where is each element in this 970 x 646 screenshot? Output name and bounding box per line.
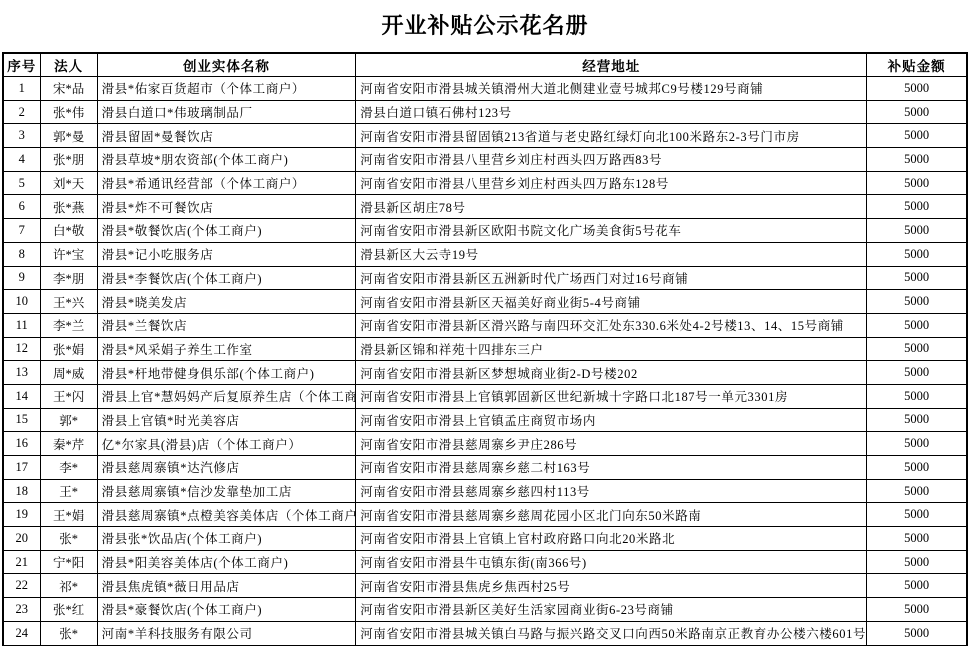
row-number-cell: 7 (3, 219, 40, 243)
address-cell: 河南省安阳市滑县慈周寨乡慈二村163号 (356, 456, 867, 480)
col-header-amount: 补贴金额 (867, 53, 967, 77)
col-header-entity-name: 创业实体名称 (97, 53, 356, 77)
table-row: 23张*红滑县*豪餐饮店(个体工商户)河南省安阳市滑县新区美好生活家园商业街6-… (3, 598, 967, 622)
table-row: 19王*娟滑县慈周寨镇*点橙美容美体店（个体工商户）河南省安阳市滑县慈周寨乡慈周… (3, 503, 967, 527)
legal-person-cell: 王*闪 (40, 384, 97, 408)
legal-person-cell: 张*娟 (40, 337, 97, 361)
row-number-cell: 2 (3, 100, 40, 124)
row-number-cell: 16 (3, 432, 40, 456)
legal-person-cell: 王*娟 (40, 503, 97, 527)
address-cell: 河南省安阳市滑县上官镇孟庄商贸市场内 (356, 408, 867, 432)
entity-name-cell: 滑县留固*曼餐饮店 (97, 124, 356, 148)
row-number-cell: 4 (3, 148, 40, 172)
table-row: 12张*娟滑县*风采娟子养生工作室滑县新区锦和祥苑十四排东三户5000 (3, 337, 967, 361)
entity-name-cell: 滑县*李餐饮店(个体工商户) (97, 266, 356, 290)
amount-cell: 5000 (867, 100, 967, 124)
address-cell: 河南省安阳市滑县上官镇郭固新区世纪新城十字路口北187号一单元3301房 (356, 384, 867, 408)
row-number-cell: 19 (3, 503, 40, 527)
amount-cell: 5000 (867, 456, 967, 480)
address-cell: 河南省安阳市滑县新区美好生活家园商业街6-23号商铺 (356, 598, 867, 622)
row-number-cell: 18 (3, 479, 40, 503)
entity-name-cell: 滑县*佑家百货超市（个体工商户） (97, 77, 356, 101)
legal-person-cell: 周*威 (40, 361, 97, 385)
table-row: 18王*滑县慈周寨镇*信沙发靠垫加工店河南省安阳市滑县慈周寨乡慈四村113号50… (3, 479, 967, 503)
entity-name-cell: 滑县白道口*伟玻璃制品厂 (97, 100, 356, 124)
address-cell: 滑县白道口镇石佛村123号 (356, 100, 867, 124)
legal-person-cell: 王*兴 (40, 290, 97, 314)
legal-person-cell: 宁*阳 (40, 550, 97, 574)
amount-cell: 5000 (867, 432, 967, 456)
row-number-cell: 15 (3, 408, 40, 432)
row-number-cell: 5 (3, 171, 40, 195)
amount-cell: 5000 (867, 124, 967, 148)
entity-name-cell: 滑县慈周寨镇*达汽修店 (97, 456, 356, 480)
legal-person-cell: 张* (40, 527, 97, 551)
table-row: 2张*伟滑县白道口*伟玻璃制品厂滑县白道口镇石佛村123号5000 (3, 100, 967, 124)
entity-name-cell: 滑县*杆地带健身俱乐部(个体工商户) (97, 361, 356, 385)
entity-name-cell: 滑县焦虎镇*薇日用品店 (97, 574, 356, 598)
table-row: 13周*威滑县*杆地带健身俱乐部(个体工商户)河南省安阳市滑县新区梦想城商业街2… (3, 361, 967, 385)
address-cell: 河南省安阳市滑县新区五洲新时代广场西门对过16号商铺 (356, 266, 867, 290)
row-number-cell: 20 (3, 527, 40, 551)
amount-cell: 5000 (867, 408, 967, 432)
address-cell: 河南省安阳市滑县新区欧阳书院文化广场美食街5号花车 (356, 219, 867, 243)
entity-name-cell: 滑县*兰餐饮店 (97, 313, 356, 337)
row-number-cell: 8 (3, 242, 40, 266)
amount-cell: 5000 (867, 219, 967, 243)
entity-name-cell: 滑县*炸不可餐饮店 (97, 195, 356, 219)
table-row: 5刘*天滑县*希通讯经营部（个体工商户）河南省安阳市滑县八里营乡刘庄村西头四万路… (3, 171, 967, 195)
amount-cell: 5000 (867, 550, 967, 574)
amount-cell: 5000 (867, 77, 967, 101)
legal-person-cell: 李* (40, 456, 97, 480)
row-number-cell: 13 (3, 361, 40, 385)
table-row: 16秦*芹亿*尔家具(滑县)店（个体工商户）河南省安阳市滑县慈周寨乡尹庄286号… (3, 432, 967, 456)
entity-name-cell: 滑县*阳美容美体店(个体工商户) (97, 550, 356, 574)
legal-person-cell: 刘*天 (40, 171, 97, 195)
amount-cell: 5000 (867, 195, 967, 219)
address-cell: 河南省安阳市滑县牛屯镇东街(南366号) (356, 550, 867, 574)
document-page: 开业补贴公示花名册 序号法人创业实体名称经营地址补贴金额 1宋*品滑县*佑家百货… (0, 0, 970, 646)
col-header-address: 经营地址 (356, 53, 867, 77)
entity-name-cell: 滑县慈周寨镇*点橙美容美体店（个体工商户） (97, 503, 356, 527)
table-row: 22祁*滑县焦虎镇*薇日用品店河南省安阳市滑县焦虎乡焦西村25号5000 (3, 574, 967, 598)
table-row: 21宁*阳滑县*阳美容美体店(个体工商户)河南省安阳市滑县牛屯镇东街(南366号… (3, 550, 967, 574)
address-cell: 河南省安阳市滑县留固镇213省道与老史路红绿灯向北100米路东2-3号门市房 (356, 124, 867, 148)
amount-cell: 5000 (867, 361, 967, 385)
page-title: 开业补贴公示花名册 (0, 0, 970, 39)
amount-cell: 5000 (867, 337, 967, 361)
row-number-cell: 14 (3, 384, 40, 408)
entity-name-cell: 滑县*风采娟子养生工作室 (97, 337, 356, 361)
entity-name-cell: 滑县慈周寨镇*信沙发靠垫加工店 (97, 479, 356, 503)
entity-name-cell: 滑县草坡*朋农资部(个体工商户) (97, 148, 356, 172)
address-cell: 滑县新区锦和祥苑十四排东三户 (356, 337, 867, 361)
legal-person-cell: 郭*曼 (40, 124, 97, 148)
address-cell: 河南省安阳市滑县新区滑兴路与南四环交汇处东330.6米处4-2号楼13、14、1… (356, 313, 867, 337)
row-number-cell: 23 (3, 598, 40, 622)
address-cell: 滑县新区胡庄78号 (356, 195, 867, 219)
table-row: 24张*河南*羊科技服务有限公司河南省安阳市滑县城关镇白马路与振兴路交叉口向西5… (3, 621, 967, 645)
entity-name-cell: 亿*尔家具(滑县)店（个体工商户） (97, 432, 356, 456)
address-cell: 河南省安阳市滑县慈周寨乡慈四村113号 (356, 479, 867, 503)
table-row: 6张*燕滑县*炸不可餐饮店滑县新区胡庄78号5000 (3, 195, 967, 219)
entity-name-cell: 滑县*记小吃服务店 (97, 242, 356, 266)
legal-person-cell: 许*宝 (40, 242, 97, 266)
amount-cell: 5000 (867, 313, 967, 337)
row-number-cell: 24 (3, 621, 40, 645)
address-cell: 河南省安阳市滑县新区天福美好商业街5-4号商铺 (356, 290, 867, 314)
row-number-cell: 17 (3, 456, 40, 480)
table-row: 4张*朋滑县草坡*朋农资部(个体工商户)河南省安阳市滑县八里营乡刘庄村西头四万路… (3, 148, 967, 172)
legal-person-cell: 张*伟 (40, 100, 97, 124)
amount-cell: 5000 (867, 479, 967, 503)
legal-person-cell: 张*燕 (40, 195, 97, 219)
address-cell: 河南省安阳市滑县慈周寨乡慈周花园小区北门向东50米路南 (356, 503, 867, 527)
amount-cell: 5000 (867, 384, 967, 408)
entity-name-cell: 滑县*敬餐饮店(个体工商户) (97, 219, 356, 243)
amount-cell: 5000 (867, 574, 967, 598)
address-cell: 河南省安阳市滑县城关镇滑州大道北侧建业壹号城邦C9号楼129号商铺 (356, 77, 867, 101)
table-row: 7白*敬滑县*敬餐饮店(个体工商户)河南省安阳市滑县新区欧阳书院文化广场美食街5… (3, 219, 967, 243)
entity-name-cell: 滑县*豪餐饮店(个体工商户) (97, 598, 356, 622)
table-body: 1宋*品滑县*佑家百货超市（个体工商户）河南省安阳市滑县城关镇滑州大道北侧建业壹… (3, 77, 967, 646)
amount-cell: 5000 (867, 621, 967, 645)
row-number-cell: 21 (3, 550, 40, 574)
row-number-cell: 1 (3, 77, 40, 101)
address-cell: 河南省安阳市滑县上官镇上官村政府路口向北20米路北 (356, 527, 867, 551)
col-header-legal-person: 法人 (40, 53, 97, 77)
legal-person-cell: 王* (40, 479, 97, 503)
row-number-cell: 3 (3, 124, 40, 148)
table-row: 3郭*曼滑县留固*曼餐饮店河南省安阳市滑县留固镇213省道与老史路红绿灯向北10… (3, 124, 967, 148)
amount-cell: 5000 (867, 290, 967, 314)
table-row: 14王*闪滑县上官*慧妈妈产后复原养生店（个体工商户）河南省安阳市滑县上官镇郭固… (3, 384, 967, 408)
table-header-row: 序号法人创业实体名称经营地址补贴金额 (3, 53, 967, 77)
address-cell: 河南省安阳市滑县城关镇白马路与振兴路交叉口向西50米路南京正教育办公楼六楼601… (356, 621, 867, 645)
amount-cell: 5000 (867, 527, 967, 551)
legal-person-cell: 秦*芹 (40, 432, 97, 456)
address-cell: 河南省安阳市滑县八里营乡刘庄村西头四万路东128号 (356, 171, 867, 195)
row-number-cell: 22 (3, 574, 40, 598)
table-row: 9李*朋滑县*李餐饮店(个体工商户)河南省安阳市滑县新区五洲新时代广场西门对过1… (3, 266, 967, 290)
address-cell: 滑县新区大云寺19号 (356, 242, 867, 266)
row-number-cell: 11 (3, 313, 40, 337)
table-row: 8许*宝滑县*记小吃服务店滑县新区大云寺19号5000 (3, 242, 967, 266)
legal-person-cell: 郭* (40, 408, 97, 432)
table-row: 11李*兰滑县*兰餐饮店河南省安阳市滑县新区滑兴路与南四环交汇处东330.6米处… (3, 313, 967, 337)
entity-name-cell: 滑县张*饮品店(个体工商户) (97, 527, 356, 551)
table-row: 1宋*品滑县*佑家百货超市（个体工商户）河南省安阳市滑县城关镇滑州大道北侧建业壹… (3, 77, 967, 101)
table-row: 10王*兴滑县*晓美发店河南省安阳市滑县新区天福美好商业街5-4号商铺5000 (3, 290, 967, 314)
amount-cell: 5000 (867, 242, 967, 266)
amount-cell: 5000 (867, 171, 967, 195)
legal-person-cell: 张*朋 (40, 148, 97, 172)
entity-name-cell: 滑县*晓美发店 (97, 290, 356, 314)
legal-person-cell: 祁* (40, 574, 97, 598)
address-cell: 河南省安阳市滑县慈周寨乡尹庄286号 (356, 432, 867, 456)
row-number-cell: 6 (3, 195, 40, 219)
address-cell: 河南省安阳市滑县焦虎乡焦西村25号 (356, 574, 867, 598)
legal-person-cell: 张*红 (40, 598, 97, 622)
address-cell: 河南省安阳市滑县新区梦想城商业街2-D号楼202 (356, 361, 867, 385)
legal-person-cell: 张* (40, 621, 97, 645)
row-number-cell: 12 (3, 337, 40, 361)
row-number-cell: 9 (3, 266, 40, 290)
address-cell: 河南省安阳市滑县八里营乡刘庄村西头四万路西83号 (356, 148, 867, 172)
amount-cell: 5000 (867, 148, 967, 172)
table-row: 17李*滑县慈周寨镇*达汽修店河南省安阳市滑县慈周寨乡慈二村163号5000 (3, 456, 967, 480)
amount-cell: 5000 (867, 598, 967, 622)
entity-name-cell: 河南*羊科技服务有限公司 (97, 621, 356, 645)
entity-name-cell: 滑县上官镇*时光美容店 (97, 408, 356, 432)
table-row: 20张*滑县张*饮品店(个体工商户)河南省安阳市滑县上官镇上官村政府路口向北20… (3, 527, 967, 551)
legal-person-cell: 李*朋 (40, 266, 97, 290)
table-row: 15郭* 滑县上官镇*时光美容店河南省安阳市滑县上官镇孟庄商贸市场内5000 (3, 408, 967, 432)
legal-person-cell: 白*敬 (40, 219, 97, 243)
amount-cell: 5000 (867, 503, 967, 527)
subsidy-roster-table: 序号法人创业实体名称经营地址补贴金额 1宋*品滑县*佑家百货超市（个体工商户）河… (2, 52, 968, 646)
legal-person-cell: 宋*品 (40, 77, 97, 101)
entity-name-cell: 滑县上官*慧妈妈产后复原养生店（个体工商户） (97, 384, 356, 408)
amount-cell: 5000 (867, 266, 967, 290)
entity-name-cell: 滑县*希通讯经营部（个体工商户） (97, 171, 356, 195)
col-header-no: 序号 (3, 53, 40, 77)
legal-person-cell: 李*兰 (40, 313, 97, 337)
row-number-cell: 10 (3, 290, 40, 314)
